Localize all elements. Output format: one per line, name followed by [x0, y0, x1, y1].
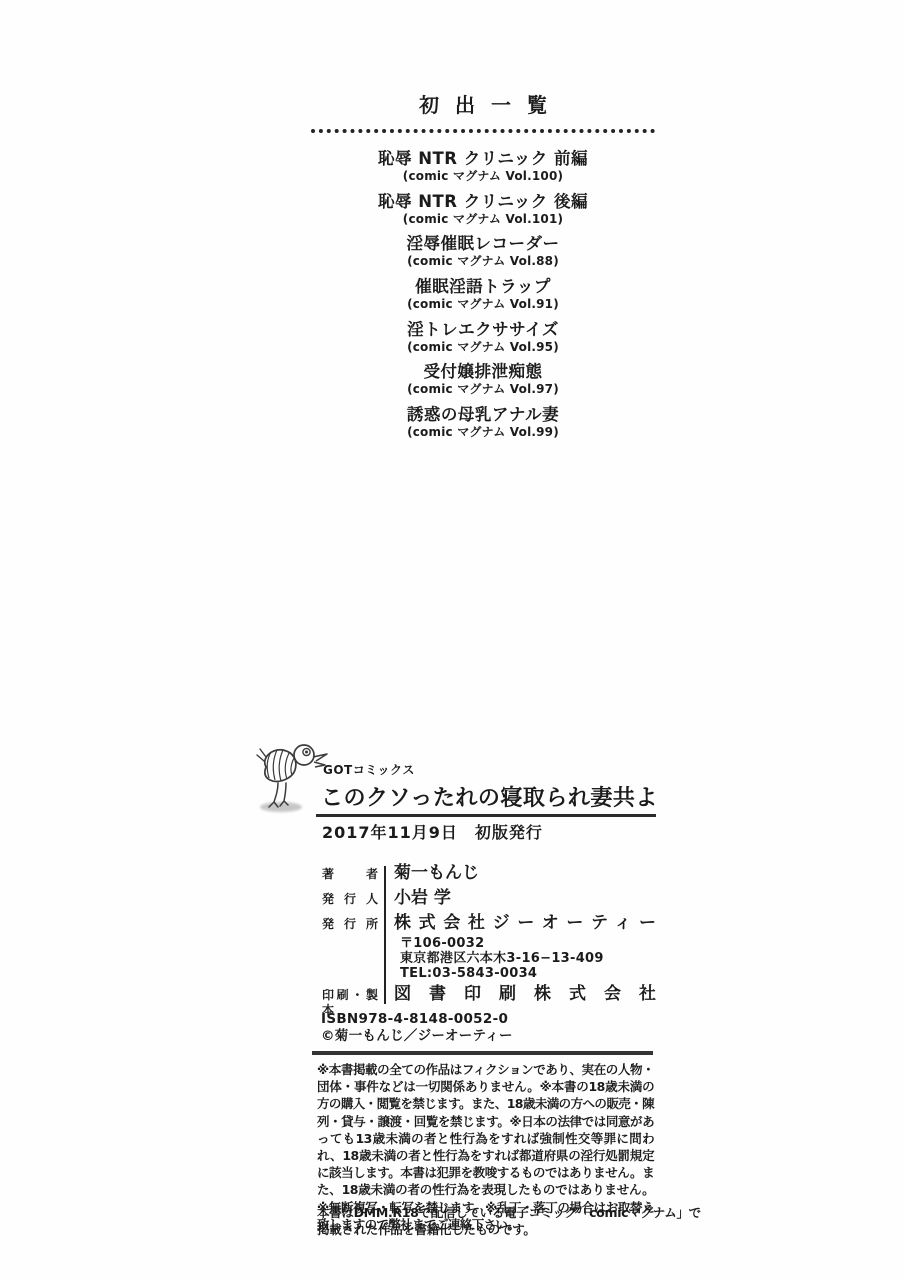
address-line-street: 東京都港区六本木3-16−13-409: [400, 951, 656, 966]
publication-title: 淫トレエクササイズ: [311, 320, 655, 340]
publication-item: 恥辱 NTR クリニック 前編 (comic マグナム Vol.100): [311, 149, 655, 184]
section-heading: 初出一覧: [419, 94, 547, 116]
section-heading-wrap: 初出一覧: [311, 94, 655, 116]
note-line: 本書はDMM.R18で配信している電子コミック「comicマグナム」で: [317, 1204, 701, 1221]
first-publication-section: 初出一覧 恥辱 NTR クリニック 前編 (comic マグナム Vol.100…: [311, 94, 655, 448]
publication-source: (comic マグナム Vol.100): [311, 169, 655, 184]
publication-item: 淫辱催眠レコーダー (comic マグナム Vol.88): [311, 234, 655, 269]
edition-date: 2017年11月9日 初版発行: [322, 823, 543, 842]
publication-title: 催眠淫語トラップ: [311, 277, 655, 297]
publication-source: (comic マグナム Vol.91): [311, 297, 655, 312]
publication-item: 受付嬢排泄痴態 (comic マグナム Vol.97): [311, 362, 655, 397]
publication-title: 恥辱 NTR クリニック 前編: [311, 149, 655, 169]
credit-value: 小岩 学: [394, 889, 451, 908]
note-line: 掲載された作品を書籍化したものです。: [317, 1221, 701, 1238]
isbn-text: ISBN978-4-8148-0052-0: [321, 1011, 513, 1028]
publication-item: 淫トレエクササイズ (comic マグナム Vol.95): [311, 320, 655, 355]
publication-source: (comic マグナム Vol.95): [311, 340, 655, 355]
credit-label: 発行所: [322, 914, 378, 981]
credit-row-author: 著者 菊一もんじ: [322, 864, 662, 883]
credit-row-publisher-person: 発行人 小岩 学: [322, 889, 662, 908]
digital-edition-note: 本書はDMM.R18で配信している電子コミック「comicマグナム」で 掲載され…: [317, 1204, 701, 1238]
credit-label: 著者: [322, 864, 378, 883]
book-title-block: このクソったれの寝取られ妻共よ: [316, 786, 656, 817]
credit-row-publisher-company: 発行所 株式会社ジーオーティー 〒106-0032 東京都港区六本木3-16−1…: [322, 914, 662, 981]
publication-title: 誘惑の母乳アナル妻: [311, 405, 655, 425]
address-line-postal: 〒106-0032: [400, 936, 656, 951]
address-line-tel: TEL:03-5843-0034: [400, 966, 656, 981]
credit-label: 発行人: [322, 889, 378, 908]
publication-item: 恥辱 NTR クリニック 後編 (comic マグナム Vol.101): [311, 192, 655, 227]
publication-title: 受付嬢排泄痴態: [311, 362, 655, 382]
copyright-text: ©菊一もんじ／ジーオーティー: [321, 1028, 513, 1045]
section-divider: [312, 1051, 653, 1055]
credit-value: 株式会社ジーオーティー: [394, 914, 656, 933]
imprint-label: GOTコミックス: [323, 763, 415, 777]
publication-source: (comic マグナム Vol.97): [311, 382, 655, 397]
publication-source: (comic マグナム Vol.88): [311, 254, 655, 269]
credit-value: 菊一もんじ: [394, 864, 479, 883]
isbn-block: ISBN978-4-8148-0052-0 ©菊一もんじ／ジーオーティー: [321, 1011, 513, 1045]
publication-source: (comic マグナム Vol.101): [311, 212, 655, 227]
publication-title: 恥辱 NTR クリニック 後編: [311, 192, 655, 212]
publication-list: 恥辱 NTR クリニック 前編 (comic マグナム Vol.100) 恥辱 …: [311, 133, 655, 440]
colophon-page: 初出一覧 恥辱 NTR クリニック 前編 (comic マグナム Vol.100…: [0, 0, 903, 1280]
publication-source: (comic マグナム Vol.99): [311, 425, 655, 440]
publisher-address: 〒106-0032 東京都港区六本木3-16−13-409 TEL:03-584…: [394, 936, 656, 981]
credits-list: 著者 菊一もんじ 発行人 小岩 学 発行所 株式会社ジーオーティー 〒106-0…: [322, 864, 662, 1024]
book-title: このクソったれの寝取られ妻共よ: [316, 786, 656, 811]
credits-divider: [384, 866, 386, 1004]
publication-item: 催眠淫語トラップ (comic マグナム Vol.91): [311, 277, 655, 312]
publication-title: 淫辱催眠レコーダー: [311, 234, 655, 254]
publication-item: 誘惑の母乳アナル妻 (comic マグナム Vol.99): [311, 405, 655, 440]
credit-value: 図書印刷株式会社: [394, 985, 656, 1004]
